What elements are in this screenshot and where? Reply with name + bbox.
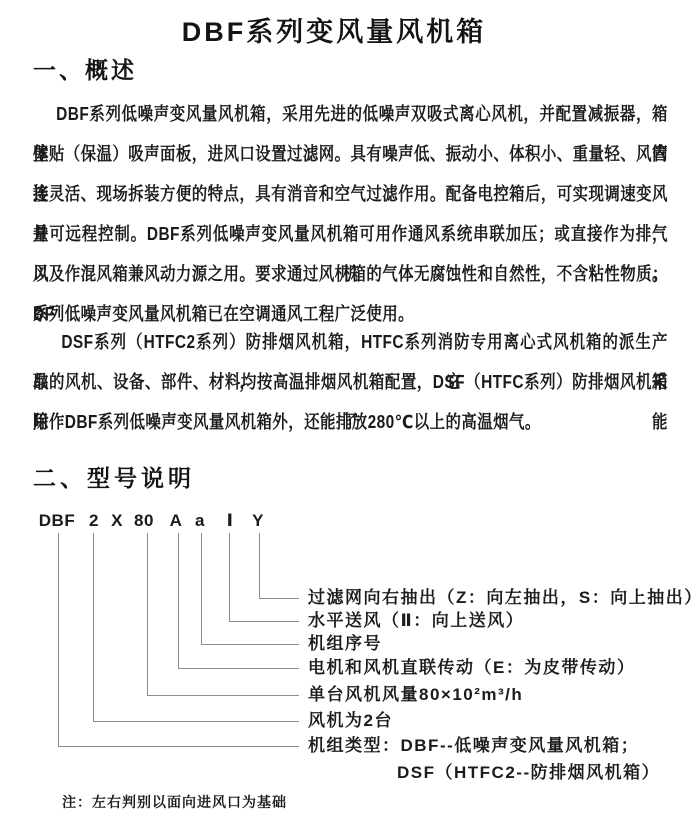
model-label-fan-count: 风机为2台 (308, 710, 393, 732)
model-label-airflow: 单台风机风量80×10²m³/h (308, 684, 523, 706)
code-part-fan-count: 2 (89, 511, 99, 531)
paragraph-line: 取的风机、设备、部件、材料均按高温排烟风机箱配置，DSF（HTFC系列）防排烟风… (33, 362, 668, 402)
overview-paragraph-1: DBF系列低噪声变风量风机箱，采用先进的低噪声双吸式离心风机，并配置减振器，箱体… (33, 94, 668, 334)
paragraph-line: DBF系列低噪声变风量风机箱，采用先进的低噪声双吸式离心风机，并配置减振器，箱体… (33, 94, 668, 134)
paragraph-line: 壁贴（保温）吸声面板，进风口设置过滤网。具有噪声低、振动小、体积小、重量轻、风管… (33, 134, 668, 174)
connector-line-filter-direction (259, 533, 299, 599)
code-part-filter-direction: Y (252, 511, 264, 531)
code-part-airflow: 80 (134, 511, 154, 531)
code-part-separator: X (111, 511, 123, 531)
model-label-unit-serial: 机组序号 (308, 633, 382, 655)
code-part-drive: A (170, 511, 183, 531)
model-label-drive: 电机和风机直联传动（E：为皮带传动） (308, 657, 635, 679)
section-heading-overview: 一、概述 (33, 52, 137, 85)
paragraph-line: 接灵活、现场拆装方便的特点，具有消音和空气过滤作用。配备电控箱后，可实现调速变风… (33, 174, 668, 214)
code-part-unit-serial: a (195, 511, 205, 531)
model-label-filter-direction: 过滤网向右抽出（Z：向左抽出，S：向上抽出） (308, 587, 700, 609)
overview-paragraph-2: DSF系列（HTFC2系列）防排烟风机箱，HTFC系列消防专用离心式风机箱的派生… (33, 322, 668, 442)
paragraph-line: 并可远程控制。DBF系列低噪声变风量风机箱可用作通风系统串联加压；或直接作为排气… (33, 214, 668, 254)
footnote: 注：左右判别以面向进风口为基础 (62, 792, 287, 812)
section-heading-model: 二、型号说明 (33, 460, 195, 493)
code-part-series: DBF (39, 511, 75, 531)
paragraph-line: 以及作混风箱兼风动力源之用。要求通过风机箱的气体无腐蚀性和自然性，不含粘性物质。… (33, 254, 668, 294)
code-part-supply-direction: Ⅰ (227, 511, 234, 531)
document-page: DBF系列变风量风机箱 一、概述 DBF系列低噪声变风量风机箱，采用先进的低噪声… (0, 0, 700, 840)
model-label-unit-type-continued: DSF（HTFC2--防排烟风机箱） (397, 762, 660, 784)
model-label-supply-direction: 水平送风（Ⅱ：向上送风） (308, 610, 524, 632)
page-title: DBF系列变风量风机箱 (0, 10, 668, 49)
model-label-unit-type: 机组类型：DBF--低噪声变风量风机箱； (308, 735, 639, 757)
paragraph-line: DSF系列（HTFC2系列）防排烟风机箱，HTFC系列消防专用离心式风机箱的派生… (33, 322, 668, 362)
